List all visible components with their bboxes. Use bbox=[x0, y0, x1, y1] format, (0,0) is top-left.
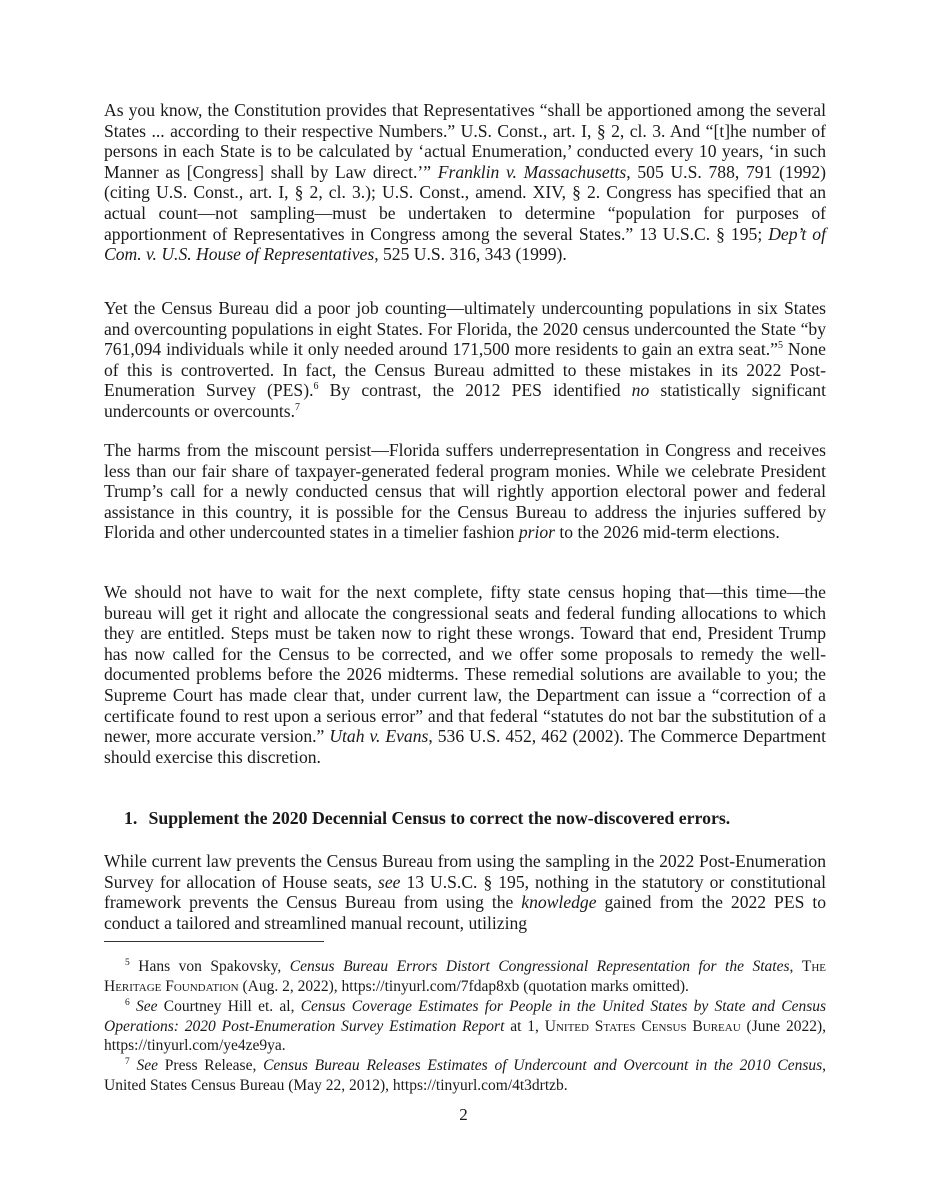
signal-see: See bbox=[136, 998, 158, 1015]
case-citation: Utah v. Evans bbox=[329, 726, 428, 746]
footnote-marker: 7 bbox=[125, 1057, 130, 1067]
signal-see: see bbox=[378, 872, 400, 892]
text: , 525 U.S. 316, 343 (1999). bbox=[374, 244, 567, 264]
signal-see: See bbox=[137, 1057, 159, 1074]
paragraph-remedy: We should not have to wait for the next … bbox=[104, 582, 826, 767]
emphasis: no bbox=[632, 380, 650, 400]
heading-number: 1. bbox=[124, 808, 144, 829]
footnote-author: Courtney Hill et. al, bbox=[158, 998, 301, 1015]
case-citation: Franklin v. Mas­sachusetts bbox=[438, 162, 627, 182]
footnote-link-text[interactable]: (Aug. 2, 2022), https://tinyurl.com/7fda… bbox=[239, 978, 689, 995]
footnote-title: Census Bureau Releases Estimates of Unde… bbox=[263, 1057, 822, 1074]
text: We should not have to wait for the next … bbox=[104, 582, 826, 746]
footnote-6: 6 See Courtney Hill et. al, Census Cover… bbox=[104, 997, 826, 1056]
footnote-marker: 6 bbox=[125, 998, 130, 1008]
text: Yet the Census Bureau did a poor job cou… bbox=[104, 298, 826, 359]
paragraph-constitution: As you know, the Constitution provides t… bbox=[104, 100, 826, 265]
document-page: As you know, the Constitution provides t… bbox=[0, 0, 927, 1200]
footnote-publisher: United States Census Bureau bbox=[545, 1018, 741, 1035]
footnote-7: 7 See Press Release, Census Bureau Relea… bbox=[104, 1056, 826, 1095]
footnote-marker: 5 bbox=[125, 958, 130, 968]
paragraph-supplement: While current law prevents the Census Bu… bbox=[104, 851, 826, 933]
text: to the 2026 mid-term elections. bbox=[555, 522, 780, 542]
footnote-ref-7[interactable]: 7 bbox=[295, 402, 300, 413]
emphasis: prior bbox=[519, 522, 555, 542]
footnote-author: Hans von Spakovsky, bbox=[138, 958, 290, 975]
footnote-5: 5 Hans von Spakovsky, Census Bureau Erro… bbox=[104, 957, 826, 996]
footnote-divider bbox=[104, 941, 324, 942]
text: By contrast, the 2012 PES iden­tified bbox=[318, 380, 631, 400]
heading-text: Supplement the 2020 Decennial Census to … bbox=[148, 808, 730, 828]
paragraph-census-bureau: Yet the Census Bureau did a poor job cou… bbox=[104, 298, 826, 422]
footnote-author: Press Release, bbox=[158, 1057, 263, 1074]
footnote-title: Census Bureau Errors Distort Congression… bbox=[290, 958, 790, 975]
text: , bbox=[790, 958, 802, 975]
page-number: 2 bbox=[0, 1105, 927, 1125]
paragraph-harms: The harms from the miscount persist—Flor… bbox=[104, 440, 826, 543]
section-heading: 1. Supplement the 2020 Decennial Census … bbox=[124, 808, 826, 829]
emphasis: knowledge bbox=[521, 892, 596, 912]
text: at 1, bbox=[504, 1018, 544, 1035]
